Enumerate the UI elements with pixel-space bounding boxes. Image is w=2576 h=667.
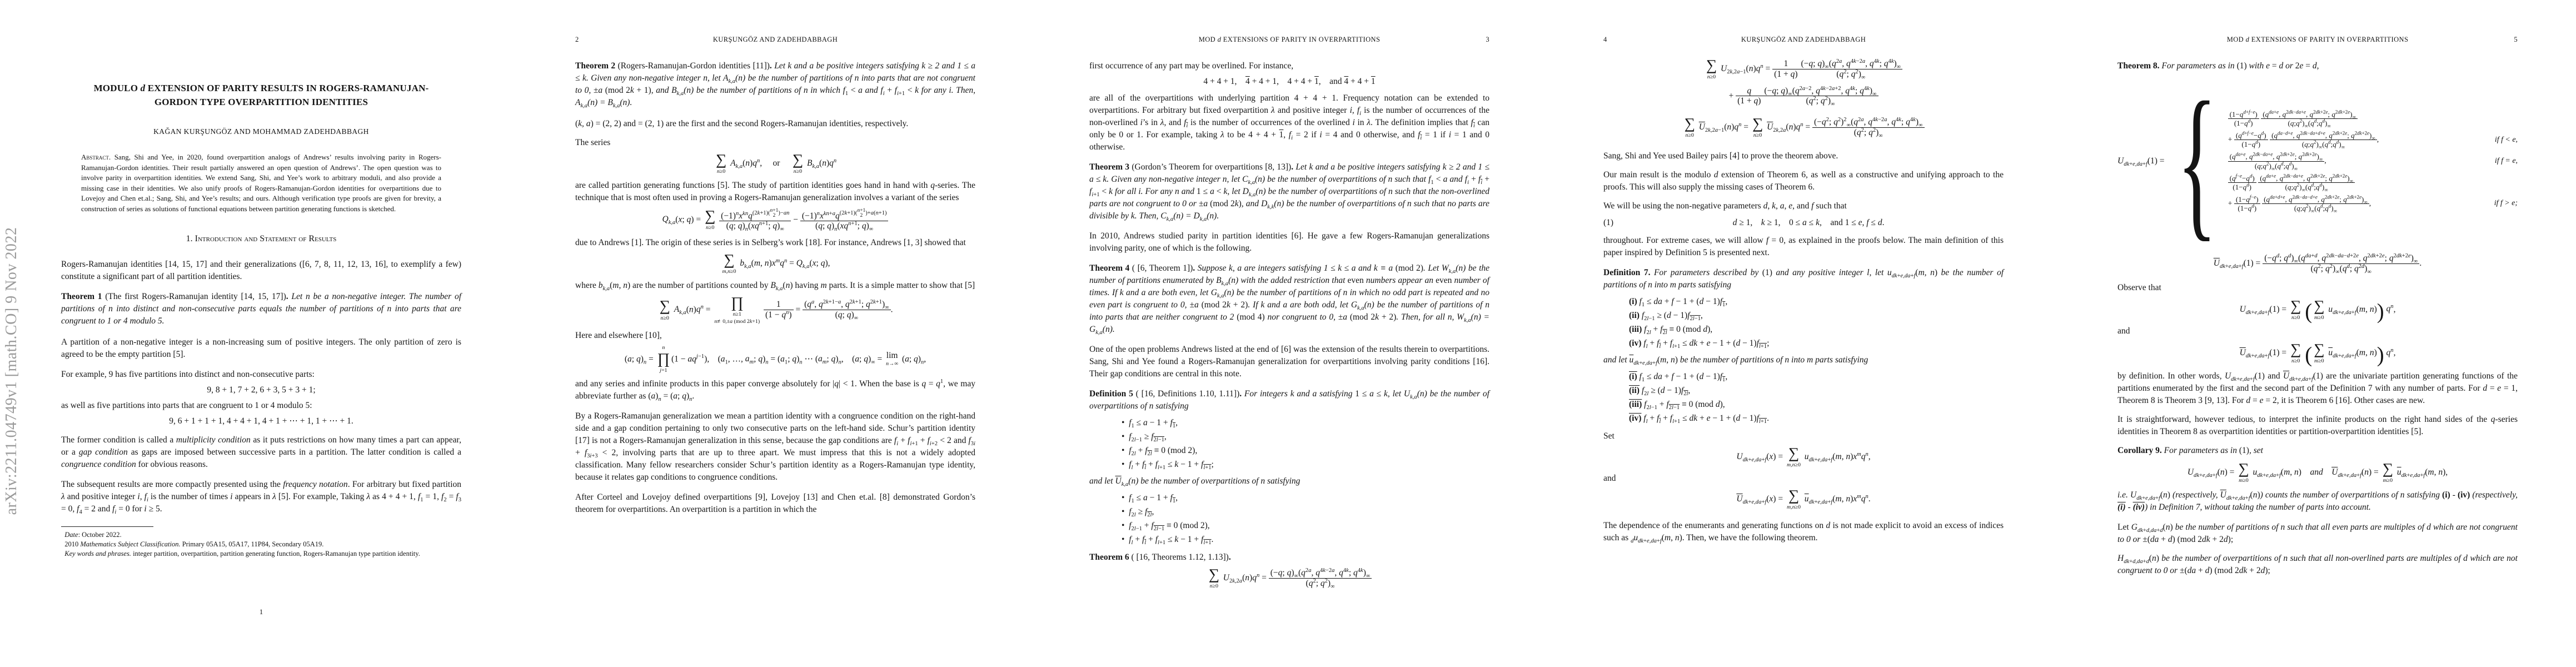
display-math: Qk,a(x; q) = ∑n≥0 (−1)nxknq(2k+1)(n+12)−…	[575, 208, 975, 232]
case-row: (1−qd+f−e)(1−qd) (qda+e, q2dk−da+e, q2dk…	[2228, 110, 2518, 127]
paragraph: and	[1603, 472, 2004, 485]
case-row: (qf−e−qd)(1−qd) (qda+e, q2dk−da+e, q2dk+…	[2228, 174, 2518, 191]
cases-equation: Udk+e,da+f(1) ={(1−qd+f−e)(1−qd) (qda+e,…	[2117, 78, 2518, 245]
paragraph: first occurrence of any part may be over…	[1089, 60, 1489, 72]
paragraph: The series	[575, 137, 975, 149]
running-head: MOD d EXTENSIONS OF PARITY IN OVERPARTIT…	[2117, 33, 2518, 43]
paragraph: as well as five partitions into parts th…	[61, 400, 461, 412]
equation-body: d ≥ 1, k ≥ 1, 0 ≤ a ≤ k, and 1 ≤ e, f ≤ …	[1613, 217, 2004, 229]
paragraph: Corollary 9. For parameters as in (1), s…	[2117, 445, 2518, 457]
display-math: 9, 6 + 1 + 1 + 1, 4 + 4 + 1, 4 + 1 + ⋯ +…	[61, 415, 461, 427]
list-item: (ii) f2l−1 ≥ (d − 1)f2l−1,	[1629, 310, 2004, 322]
paragraph: One of the open problems Andrews listed …	[1089, 344, 1489, 380]
paragraph: The dependence of the enumerants and gen…	[1603, 520, 2004, 544]
case-row: + (1−qf−e)(1−qd) (qda+d+e, q2dk−da−d+e, …	[2228, 195, 2518, 212]
paragraph: and let Uk,a(n) be the number of overpar…	[1089, 475, 1489, 487]
paragraph: Sang, Shi and Yee used Bailey pairs [4] …	[1603, 150, 2004, 162]
running-head-title: MOD d EXTENSIONS OF PARITY IN OVERPARTIT…	[2117, 33, 2518, 46]
page-2: 2KURŞUNGÖZ AND ZADEHDABBAGHTheorem 2 (Ro…	[575, 0, 975, 667]
abstract: Abstract. Sang, Shi and Yee, in 2020, fo…	[81, 152, 441, 214]
display-math: ∑m,n≥0 bk,a(m, n)xmqn = Qk,a(x; q),	[575, 252, 975, 275]
paragraph: Theorem 3 (Gordon’s Theorem for overpart…	[1089, 161, 1489, 222]
arxiv-watermark: arXiv:2211.04749v1 [math.CO] 9 Nov 2022	[6, 172, 18, 570]
roman-list: (i) f1 ≤ da + f − 1 + (d − 1)f1,(ii) f2l…	[1603, 296, 2004, 350]
list-item: • f1 ≤ a − 1 + f1,	[1122, 417, 1489, 429]
cases-brace: {	[2177, 76, 2217, 246]
page-number-bottom: 1	[61, 606, 461, 618]
cases-lhs: Udk+e,da+f(1) =	[2117, 155, 2165, 167]
paragraph: Theorem 2 (Rogers-Ramanujan-Gordon ident…	[575, 60, 975, 109]
paragraph: Here and elsewhere [10],	[575, 330, 975, 342]
roman-list: (i) f1 ≤ da + f − 1 + (d − 1)f1,(ii) f2l…	[1603, 371, 2004, 425]
running-head: 4KURŞUNGÖZ AND ZADEHDABBAGH	[1603, 33, 2004, 43]
page-4: 4KURŞUNGÖZ AND ZADEHDABBAGH∑n≥0 U2k,2a−1…	[1603, 0, 2004, 667]
paragraph: are all of the overpartitions with under…	[1089, 92, 1489, 153]
list-item: • f1 ≤ a − 1 + f1,	[1122, 492, 1489, 504]
paragraph: (k, a) = (2, 2) and = (2, 1) are the fir…	[575, 118, 975, 130]
paragraph: Let Gdk+d,da+d(n) be the number of parti…	[2117, 521, 2518, 546]
paper-title: MODULO d EXTENSION OF PARITY RESULTS IN …	[61, 81, 461, 109]
document-canvas: { "watermark": "arXiv:2211.04749v1 [math…	[0, 0, 2576, 667]
paragraph: We will be using the non-negative parame…	[1603, 200, 2004, 212]
display-math: Udk+e,da+f(1) = ∑n≥0 (∑m≥0 udk+e,da+f(m,…	[2117, 342, 2518, 365]
paragraph: Theorem 6 ( [16, Theorems 1.12, 1.13]).	[1089, 551, 1489, 564]
display-math: ∑n≥0 Ak,a(n)qn, or ∑n≥0 Bk,a(n)qn	[575, 152, 975, 175]
paragraph: Observe that	[2117, 282, 2518, 294]
display-math: Udk+e,da+f(x) = ∑m,n≥0 udk+e,da+f(m, n)x…	[1603, 488, 2004, 511]
paragraph: i.e. Udk+e,da+f(n) (respectively, Udk+e,…	[2117, 489, 2518, 514]
display-math: 9, 8 + 1, 7 + 2, 6 + 3, 5 + 3 + 1;	[61, 384, 461, 396]
paragraph: It is straightforward, however tedious, …	[2117, 414, 2518, 438]
list-item: (i) f1 ≤ da + f − 1 + (d − 1)f1,	[1629, 296, 2004, 308]
paragraph: For example, 9 has five partitions into …	[61, 369, 461, 381]
paragraph: by definition. In other words, Udk+e,da+…	[2117, 370, 2518, 407]
case-row: (qda+e, q2dk−da+e, q2dk+2e; q2dk+2e)∞(q;…	[2228, 152, 2518, 170]
running-head-title: KURŞUNGÖZ AND ZADEHDABBAGH	[575, 33, 975, 46]
running-head: 2KURŞUNGÖZ AND ZADEHDABBAGH	[575, 33, 975, 43]
page-5: MOD d EXTENSIONS OF PARITY IN OVERPARTIT…	[2117, 0, 2518, 667]
paragraph: and any series and infinite products in …	[575, 378, 975, 402]
list-item: (iii) f2l−1 + f2l−1 ≡ 0 (mod d),	[1629, 399, 2004, 411]
paragraph: are called partition generating function…	[575, 180, 975, 204]
display-math: ∑n≥0 U2k,2a(n)qn = (−q; q)∞(q2a, q4k−2a,…	[1089, 567, 1489, 590]
list-item: (i) f1 ≤ da + f − 1 + (d − 1)f1,	[1629, 371, 2004, 383]
numbered-equation: (1)d ≥ 1, k ≥ 1, 0 ≤ a ≤ k, and 1 ≤ e, f…	[1603, 217, 2004, 229]
list-item: • f2l−1 ≥ f2l−1,	[1122, 431, 1489, 443]
list-item: (iii) f2l + f2l ≡ 0 (mod d),	[1629, 323, 2004, 336]
paragraph: In 2010, Andrews studied parity in parti…	[1089, 230, 1489, 255]
paragraph: due to Andrews [1]. The origin of these …	[575, 237, 975, 249]
display-math: ∑n≥0 U2k,2a−1(n)qn = ∑n≥0 U2k,2a(n)qn = …	[1603, 116, 2004, 139]
paragraph: Definition 7. For parameters described b…	[1603, 267, 2004, 291]
display-math: 4 + 4 + 1, 4 + 4 + 1, 4 + 4 + 1, and 4 +…	[1089, 76, 1489, 88]
display-math: Udk+e,da+f(1) = ∑n≥0 (∑m≥0 udk+e,da+f(m,…	[2117, 298, 2518, 321]
list-item: (ii) f2l ≥ (d − 1)f2l,	[1629, 385, 2004, 397]
display-math: ∑n≥0 Ak,a(n)qn = ∏n≥1n≢0,±a (mod 2k+1) 1…	[575, 295, 975, 325]
paragraph: throughout. For extreme cases, we will a…	[1603, 235, 2004, 259]
list-item: (iv) fl + fl + fl+1 ≤ dk + e − 1 + (d − …	[1629, 337, 2004, 350]
page-1: MODULO d EXTENSION OF PARITY RESULTS IN …	[61, 0, 461, 667]
section-heading: 1. Introduction and Statement of Results	[61, 233, 461, 245]
footnote-block: Date: October 2022. 2010 Mathematics Sub…	[61, 526, 461, 559]
bullet-list: • f1 ≤ a − 1 + f1,• f2l ≥ f2l,• f2l−1 + …	[1089, 492, 1489, 546]
list-item: • f2l−1 + f2l−1 ≡ 0 (mod 2),	[1122, 520, 1489, 532]
paragraph: Theorem 1 (The first Rogers-Ramanujan id…	[61, 291, 461, 327]
paragraph: The former condition is called a multipl…	[61, 434, 461, 471]
paragraph: and	[2117, 325, 2518, 337]
paragraph: Hdk+d,da+d(n) be the number of overparti…	[2117, 552, 2518, 577]
paragraph: Definition 5 ( [16, Definitions 1.10, 1.…	[1089, 388, 1489, 412]
bullet-list: • f1 ≤ a − 1 + f1,• f2l−1 ≥ f2l−1,• f2l …	[1089, 417, 1489, 471]
running-head-title: MOD d EXTENSIONS OF PARITY IN OVERPARTIT…	[1089, 33, 1489, 46]
paragraph: and let udk+e,da+f(m, n) be the number o…	[1603, 354, 2004, 366]
list-item: • f2l ≥ f2l,	[1122, 506, 1489, 518]
paragraph: Set	[1603, 430, 2004, 442]
list-item: (iv) fl + fl + fl+1 ≤ dk + e − 1 + (d − …	[1629, 412, 2004, 425]
paragraph: Theorem 4 ( [6, Theorem 1]). Suppose k, …	[1089, 262, 1489, 336]
page-number-right: 3	[1486, 33, 1489, 46]
running-head: MOD d EXTENSIONS OF PARITY IN OVERPARTIT…	[1089, 33, 1489, 43]
running-head-title: KURŞUNGÖZ AND ZADEHDABBAGH	[1603, 33, 2004, 46]
case-row: + (qd+f−e−qd)(1−qd) (qda−d+e, q2dk−da+d+…	[2228, 131, 2518, 148]
display-math: ∑n≥0 U2k,2a−1(n)qn = 1(1 + q)(−q; q)∞(q2…	[1603, 58, 2004, 106]
list-item: • fl + fl + fl+1 ≤ k − 1 + fl+1;	[1122, 459, 1489, 471]
display-math: Udk+e,da+f(n) = ∑m≥0 udk+e,da+f(m, n) an…	[2117, 461, 2518, 484]
paragraph: A partition of a non-negative integer is…	[61, 336, 461, 361]
paragraph: After Corteel and Lovejoy defined overpa…	[575, 491, 975, 516]
paragraph: where bk,a(m, n) are the number of parti…	[575, 280, 975, 292]
display-math: Udk+e,da+f(x) = ∑m,n≥0 udk+e,da+f(m, n)x…	[1603, 446, 2004, 469]
display-math: Udk+e,da+f(1) = (−qd; qd)∞(qda+d, q2dk−d…	[2117, 253, 2518, 274]
equation-tag: (1)	[1603, 217, 1613, 229]
display-math: (a; q)n = n∏j=1(1 − aqj−1), (a1, …, am; …	[575, 345, 975, 374]
page-number-left: 2	[575, 33, 579, 46]
list-item: • f2l + f2l ≡ 0 (mod 2),	[1122, 445, 1489, 457]
paragraph: Rogers-Ramanujan identities [14, 15, 17]…	[61, 258, 461, 283]
list-item: • fl + fl + fl+1 ≤ k − 1 + fl+1.	[1122, 534, 1489, 546]
page-number-left: 4	[1603, 33, 1607, 46]
authors-line: KAĞAN KURŞUNGÖZ AND MOHAMMAD ZADEHDABBAG…	[61, 126, 461, 138]
page-3: MOD d EXTENSIONS OF PARITY IN OVERPARTIT…	[1089, 0, 1489, 667]
page-number-right: 5	[2514, 33, 2518, 46]
paragraph: By a Rogers-Ramanujan generalization we …	[575, 410, 975, 484]
paragraph: Our main result is the modulo d extensio…	[1603, 169, 2004, 193]
paragraph: The subsequent results are more compactl…	[61, 479, 461, 515]
